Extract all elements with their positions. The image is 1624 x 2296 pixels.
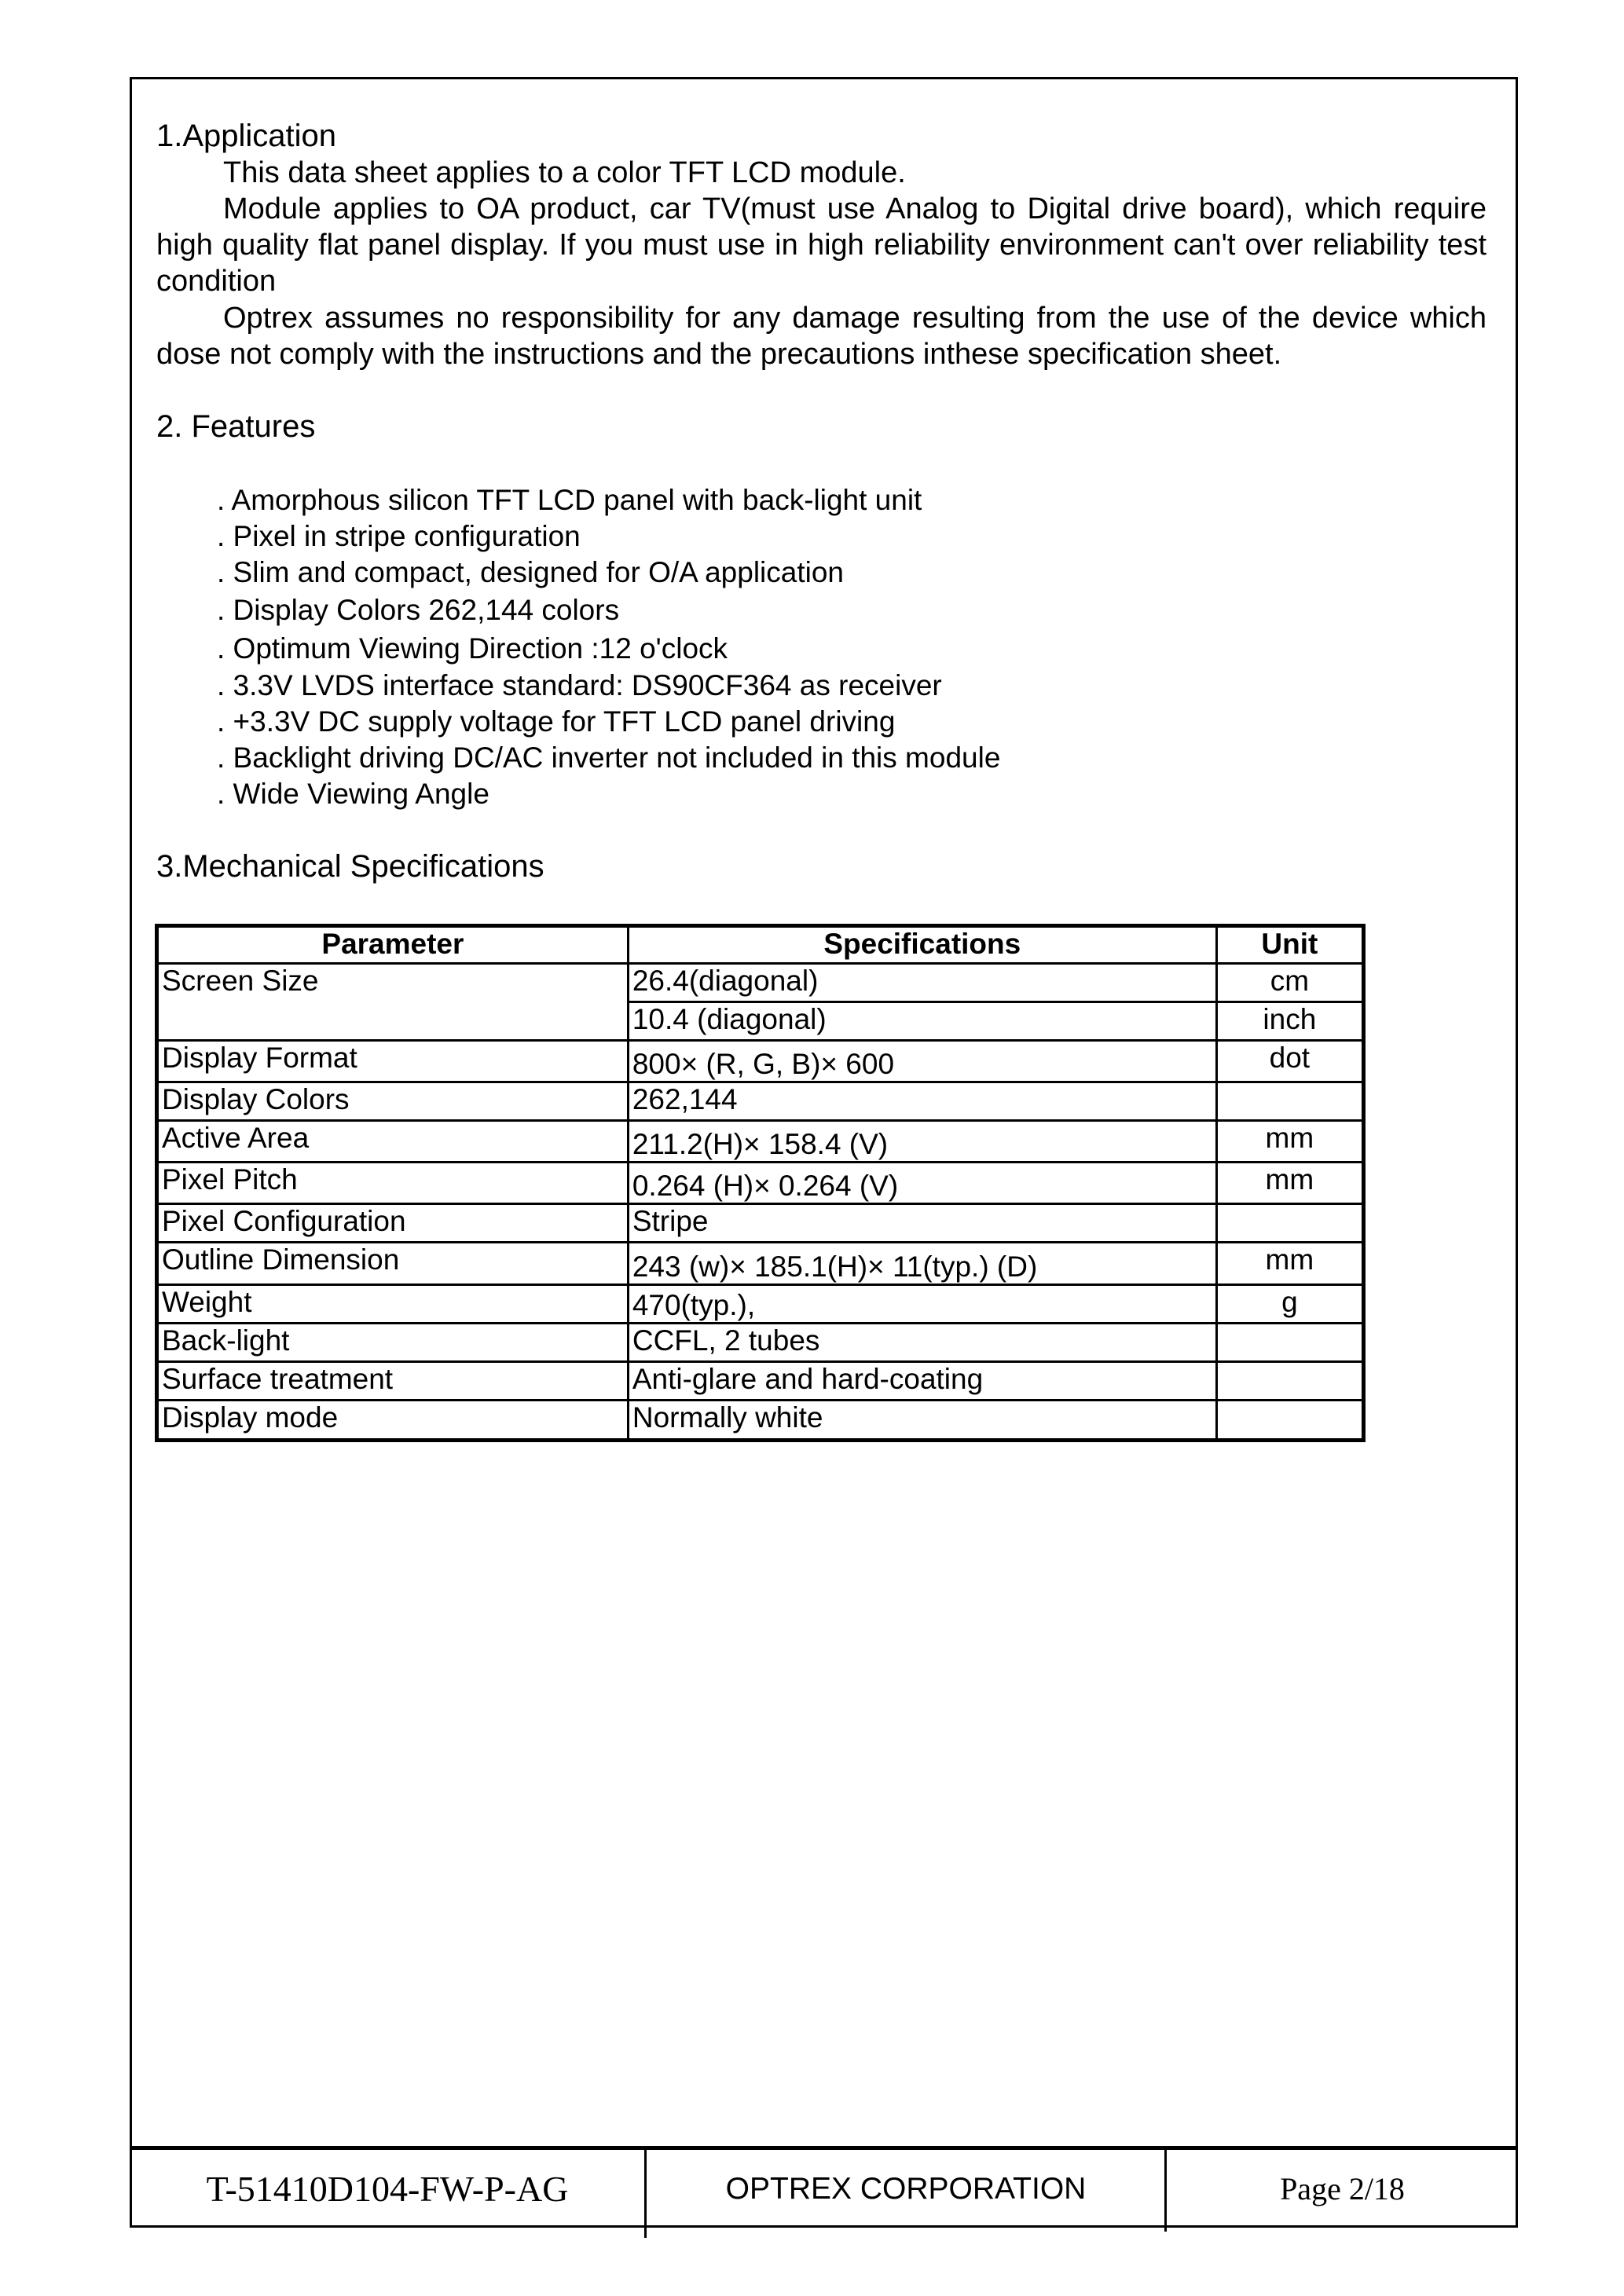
column-header-parameter: Parameter <box>157 926 629 964</box>
cell-parameter: Display Format <box>157 1041 629 1082</box>
application-paragraph-2: Module applies to OA product, car TV(mus… <box>156 191 1487 299</box>
table-header-row: Parameter Specifications Unit <box>157 926 1364 964</box>
cell-parameter: Display mode <box>157 1401 629 1441</box>
document-number: T-51410D104-FW-P-AG <box>130 2150 645 2228</box>
cell-unit <box>1216 1401 1363 1441</box>
cell-parameter: Active Area <box>157 1121 629 1163</box>
paragraph-text: This data sheet applies to a color TFT L… <box>223 156 906 189</box>
cell-specification: 0.264 (H)× 0.264 (V) <box>628 1163 1216 1204</box>
cell-unit: mm <box>1216 1121 1363 1163</box>
cell-unit <box>1216 1082 1363 1121</box>
cell-unit <box>1216 1204 1363 1243</box>
cell-specification: 26.4(diagonal) <box>628 964 1216 1002</box>
cell-parameter: Surface treatment <box>157 1362 629 1401</box>
cell-specification: Normally white <box>628 1401 1216 1441</box>
application-paragraph-1: This data sheet applies to a color TFT L… <box>156 155 1487 191</box>
table-row: Back-lightCCFL, 2 tubes <box>157 1324 1364 1362</box>
cell-specification: CCFL, 2 tubes <box>628 1324 1216 1362</box>
cell-unit: mm <box>1216 1163 1363 1204</box>
cell-unit: g <box>1216 1285 1363 1324</box>
cell-parameter: Pixel Pitch <box>157 1163 629 1204</box>
cell-unit: mm <box>1216 1243 1363 1285</box>
cell-parameter: Pixel Configuration <box>157 1204 629 1243</box>
table-row: Display Format800× (R, G, B)× 600dot <box>157 1041 1364 1082</box>
page-footer: T-51410D104-FW-P-AG OPTREX CORPORATION P… <box>130 2146 1518 2228</box>
cell-unit: dot <box>1216 1041 1363 1082</box>
paragraph-text: Module applies to OA product, car TV(mus… <box>156 192 1487 298</box>
features-heading: 2. Features <box>156 408 315 445</box>
cell-parameter: Display Colors <box>157 1082 629 1121</box>
table-row: Display modeNormally white <box>157 1401 1364 1441</box>
column-header-unit: Unit <box>1216 926 1363 964</box>
feature-item: . Wide Viewing Angle <box>217 776 489 812</box>
table-row: Screen Size26.4(diagonal)cm <box>157 964 1364 1002</box>
feature-item: . Pixel in stripe configuration <box>217 518 581 555</box>
cell-parameter: Weight <box>157 1285 629 1324</box>
feature-item: . Display Colors 262,144 colors <box>217 592 619 628</box>
feature-item: . Backlight driving DC/AC inverter not i… <box>217 740 1000 776</box>
table-row: Active Area211.2(H)× 158.4 (V)mm <box>157 1121 1364 1163</box>
cell-specification: 10.4 (diagonal) <box>628 1002 1216 1041</box>
column-header-specifications: Specifications <box>628 926 1216 964</box>
cell-parameter: Screen Size <box>157 964 629 1041</box>
feature-item: . Amorphous silicon TFT LCD panel with b… <box>217 482 922 518</box>
table-row: Weight470(typ.),g <box>157 1285 1364 1324</box>
table-row: Pixel Pitch0.264 (H)× 0.264 (V)mm <box>157 1163 1364 1204</box>
cell-specification: 243 (w)× 185.1(H)× 11(typ.) (D) <box>628 1243 1216 1285</box>
feature-item: . Optimum Viewing Direction :12 o'clock <box>217 631 728 667</box>
table-row: Display Colors262,144 <box>157 1082 1364 1121</box>
cell-unit <box>1216 1362 1363 1401</box>
cell-specification: 470(typ.), <box>628 1285 1216 1324</box>
application-heading: 1.Application <box>156 118 336 154</box>
application-paragraph-3: Optrex assumes no responsibility for any… <box>156 300 1487 372</box>
page-number: Page 2/18 <box>1167 2150 1518 2228</box>
mechanical-heading: 3.Mechanical Specifications <box>156 848 544 884</box>
cell-specification: 262,144 <box>628 1082 1216 1121</box>
table-row: Outline Dimension243 (w)× 185.1(H)× 11(t… <box>157 1243 1364 1285</box>
table-row: Pixel ConfigurationStripe <box>157 1204 1364 1243</box>
table-row: Surface treatmentAnti-glare and hard-coa… <box>157 1362 1364 1401</box>
feature-item: . Slim and compact, designed for O/A app… <box>217 555 844 591</box>
cell-specification: 800× (R, G, B)× 600 <box>628 1041 1216 1082</box>
cell-parameter: Outline Dimension <box>157 1243 629 1285</box>
cell-specification: Stripe <box>628 1204 1216 1243</box>
cell-specification: 211.2(H)× 158.4 (V) <box>628 1121 1216 1163</box>
cell-unit: inch <box>1216 1002 1363 1041</box>
cell-parameter: Back-light <box>157 1324 629 1362</box>
cell-unit <box>1216 1324 1363 1362</box>
mechanical-spec-table: Parameter Specifications Unit Screen Siz… <box>155 924 1366 1442</box>
feature-item: . +3.3V DC supply voltage for TFT LCD pa… <box>217 704 895 740</box>
company-name: OPTREX CORPORATION <box>647 2150 1165 2228</box>
cell-specification: Anti-glare and hard-coating <box>628 1362 1216 1401</box>
feature-item: . 3.3V LVDS interface standard: DS90CF36… <box>217 668 942 704</box>
paragraph-text: Optrex assumes no responsibility for any… <box>156 302 1487 371</box>
cell-unit: cm <box>1216 964 1363 1002</box>
